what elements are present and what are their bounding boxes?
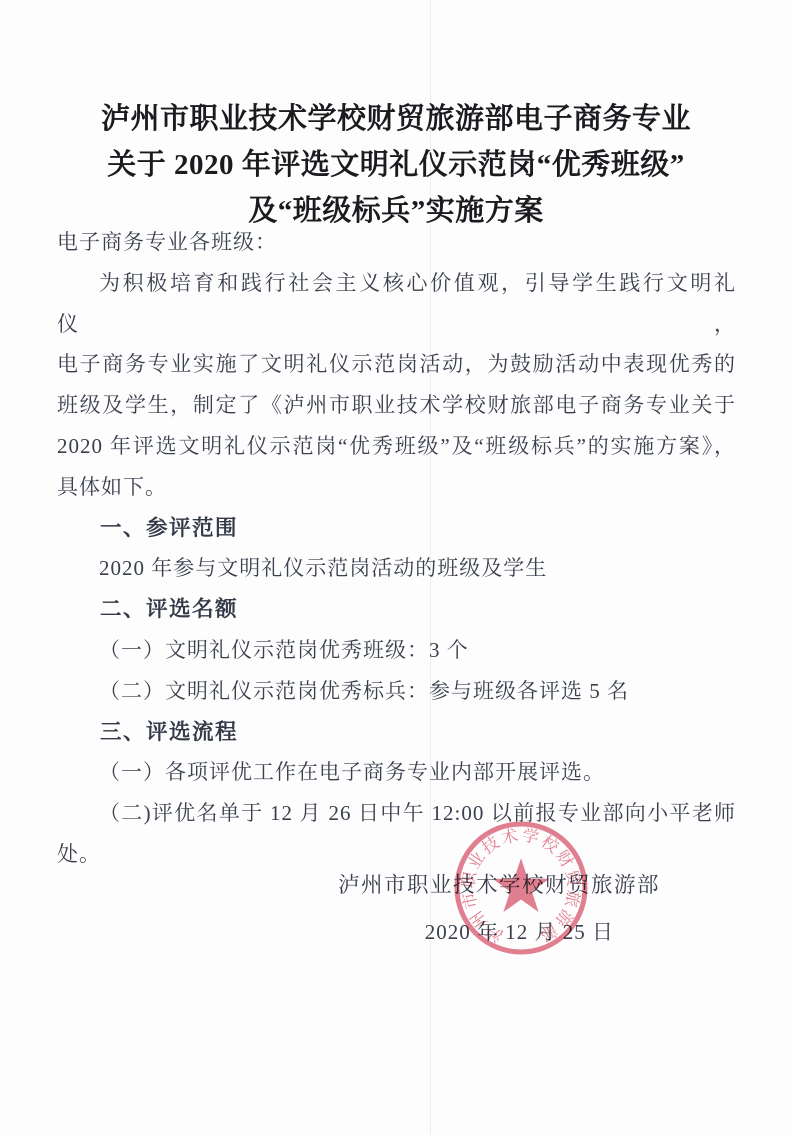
- section-heading-1: 一、参评范围: [57, 508, 736, 549]
- section-heading-3: 三、评选流程: [57, 712, 736, 753]
- document-body: 电子商务专业各班级： 为积极培育和践行社会主义核心价值观，引导学生践行文明礼仪，…: [57, 222, 736, 875]
- section-heading-2: 二、评选名额: [57, 589, 736, 630]
- paragraph-line: 具体如下。: [57, 467, 736, 508]
- section-3-line: （一）各项评优工作在电子商务专业内部开展评选。: [57, 752, 736, 793]
- signature-date: 2020 年 12 月 25 日: [0, 916, 614, 946]
- salutation: 电子商务专业各班级：: [57, 222, 736, 263]
- section-2-line: （二）文明礼仪示范岗优秀标兵：参与班级各评选 5 名: [57, 671, 736, 712]
- scanned-document-page: 泸州市职业技术学校财贸旅游部电子商务专业 关于 2020 年评选文明礼仪示范岗“…: [0, 0, 792, 1135]
- document-title: 泸州市职业技术学校财贸旅游部电子商务专业 关于 2020 年评选文明礼仪示范岗“…: [0, 96, 792, 234]
- section-3-line: （二)评优名单于 12 月 26 日中午 12:00 以前报专业部向小平老师: [57, 793, 736, 834]
- title-line-1: 泸州市职业技术学校财贸旅游部电子商务专业: [0, 96, 792, 142]
- section-2-line: （一）文明礼仪示范岗优秀班级：3 个: [57, 630, 736, 671]
- paragraph-line: 班级及学生，制定了《泸州市职业技术学校财旅部电子商务专业关于: [57, 385, 736, 426]
- paragraph-line: 2020 年评选文明礼仪示范岗“优秀班级”及“班级标兵”的实施方案》，: [57, 426, 736, 467]
- signature-department: 泸州市职业技术学校财贸旅游部: [0, 868, 660, 899]
- paragraph-line: 电子商务专业实施了文明礼仪示范岗活动，为鼓励活动中表现优秀的: [57, 344, 736, 385]
- section-1-line: 2020 年参与文明礼仪示范岗活动的班级及学生: [57, 548, 736, 589]
- title-line-2: 关于 2020 年评选文明礼仪示范岗“优秀班级”: [0, 142, 792, 188]
- paragraph-line: 为积极培育和践行社会主义核心价值观，引导学生践行文明礼仪，: [57, 263, 736, 345]
